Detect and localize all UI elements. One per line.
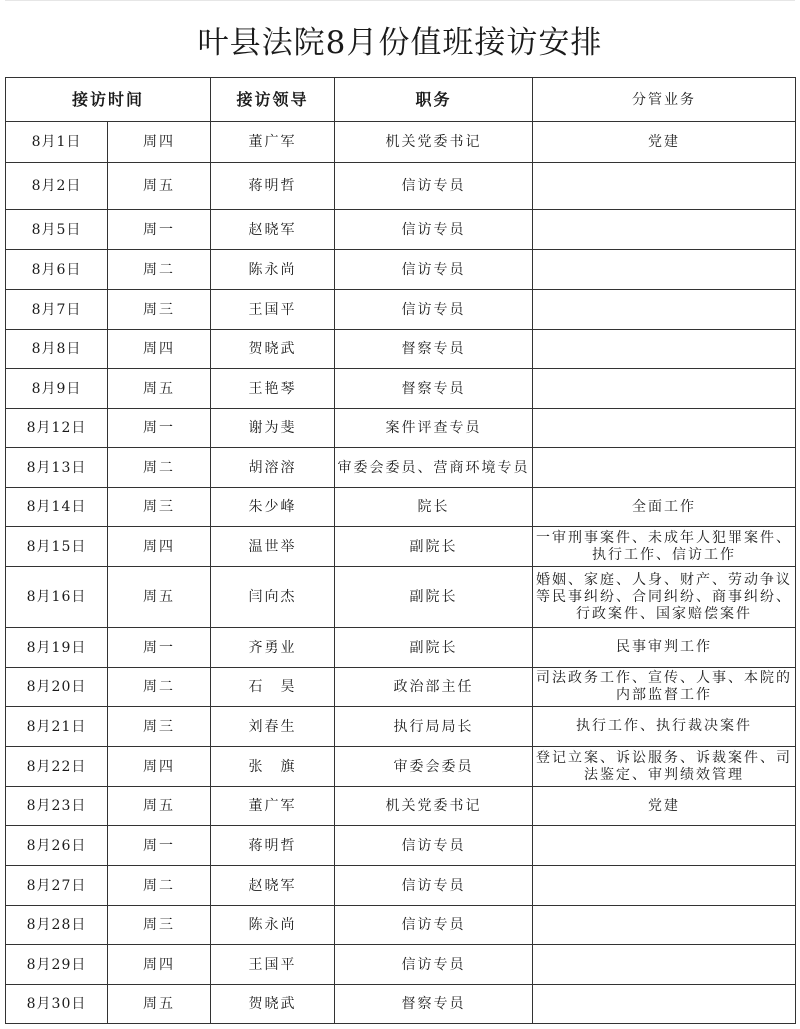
date-cell: 8月6日 (6, 250, 108, 290)
header-position: 职务 (335, 78, 533, 122)
table-row: 8月28日周三陈永尚信访专员 (6, 906, 796, 945)
weekday-cell: 周五 (108, 985, 211, 1024)
duties-cell (533, 906, 796, 945)
date-cell: 8月22日 (6, 747, 108, 787)
duties-cell: 全面工作 (533, 488, 796, 527)
duties-cell (533, 985, 796, 1024)
table-row: 8月14日周三朱少峰院长全面工作 (6, 488, 796, 527)
leader-cell: 赵晓军 (211, 210, 335, 250)
position-cell: 机关党委书记 (335, 787, 533, 826)
weekday-cell: 周一 (108, 409, 211, 448)
table-row: 8月2日周五蒋明哲信访专员 (6, 163, 796, 210)
position-cell: 信访专员 (335, 826, 533, 866)
leader-cell: 董广军 (211, 122, 335, 163)
table-row: 8月6日周二陈永尚信访专员 (6, 250, 796, 290)
position-cell: 案件评查专员 (335, 409, 533, 448)
weekday-cell: 周五 (108, 567, 211, 628)
table-row: 8月20日周二石 昊政治部主任司法政务工作、宣传、人事、本院的内部监督工作 (6, 668, 796, 707)
table-row: 8月8日周四贺晓武督察专员 (6, 330, 796, 369)
leader-cell: 石 昊 (211, 668, 335, 707)
date-cell: 8月7日 (6, 290, 108, 330)
duties-cell (533, 945, 796, 985)
leader-cell: 闫向杰 (211, 567, 335, 628)
weekday-cell: 周三 (108, 906, 211, 945)
duties-cell (533, 369, 796, 409)
weekday-cell: 周二 (108, 250, 211, 290)
table-row: 8月9日周五王艳琴督察专员 (6, 369, 796, 409)
duties-cell: 婚姻、家庭、人身、财产、劳动争议等民事纠纷、合同纠纷、商事纠纷、行政案件、国家赔… (533, 567, 796, 628)
table-row: 8月1日周四董广军机关党委书记党建 (6, 122, 796, 163)
position-cell: 信访专员 (335, 250, 533, 290)
position-cell: 信访专员 (335, 163, 533, 210)
weekday-cell: 周一 (108, 628, 211, 668)
table-row: 8月19日周一齐勇业副院长民事审判工作 (6, 628, 796, 668)
leader-cell: 赵晓军 (211, 866, 335, 906)
date-cell: 8月27日 (6, 866, 108, 906)
weekday-cell: 周一 (108, 210, 211, 250)
duties-cell: 执行工作、执行裁决案件 (533, 707, 796, 747)
duties-cell (533, 163, 796, 210)
date-cell: 8月15日 (6, 527, 108, 567)
date-cell: 8月1日 (6, 122, 108, 163)
table-row: 8月5日周一赵晓军信访专员 (6, 210, 796, 250)
header-duties: 分管业务 (533, 78, 796, 122)
position-cell: 督察专员 (335, 330, 533, 369)
weekday-cell: 周三 (108, 290, 211, 330)
date-cell: 8月16日 (6, 567, 108, 628)
leader-cell: 陈永尚 (211, 250, 335, 290)
leader-cell: 胡溶溶 (211, 448, 335, 488)
table-row: 8月27日周二赵晓军信访专员 (6, 866, 796, 906)
weekday-cell: 周四 (108, 747, 211, 787)
position-cell: 信访专员 (335, 210, 533, 250)
duties-cell (533, 290, 796, 330)
date-cell: 8月5日 (6, 210, 108, 250)
date-cell: 8月9日 (6, 369, 108, 409)
leader-cell: 贺晓武 (211, 330, 335, 369)
leader-cell: 王国平 (211, 290, 335, 330)
position-cell: 副院长 (335, 527, 533, 567)
table-row: 8月29日周四王国平信访专员 (6, 945, 796, 985)
duties-cell: 党建 (533, 122, 796, 163)
table-row: 8月16日周五闫向杰副院长婚姻、家庭、人身、财产、劳动争议等民事纠纷、合同纠纷、… (6, 567, 796, 628)
duties-cell (533, 826, 796, 866)
weekday-cell: 周三 (108, 488, 211, 527)
weekday-cell: 周二 (108, 448, 211, 488)
duties-cell (533, 866, 796, 906)
weekday-cell: 周四 (108, 945, 211, 985)
table-row: 8月15日周四温世举副院长一审刑事案件、未成年人犯罪案件、执行工作、信访工作 (6, 527, 796, 567)
date-cell: 8月26日 (6, 826, 108, 866)
position-cell: 信访专员 (335, 906, 533, 945)
duties-cell (533, 409, 796, 448)
page-title: 叶县法院8月份值班接访安排 (5, 0, 795, 77)
header-time: 接访时间 (6, 78, 211, 122)
leader-cell: 刘春生 (211, 707, 335, 747)
weekday-cell: 周三 (108, 707, 211, 747)
weekday-cell: 周五 (108, 369, 211, 409)
leader-cell: 谢为斐 (211, 409, 335, 448)
table-header-row: 接访时间 接访领导 职务 分管业务 (6, 78, 796, 122)
position-cell: 信访专员 (335, 866, 533, 906)
leader-cell: 董广军 (211, 787, 335, 826)
date-cell: 8月8日 (6, 330, 108, 369)
weekday-cell: 周四 (108, 330, 211, 369)
date-cell: 8月23日 (6, 787, 108, 826)
date-cell: 8月14日 (6, 488, 108, 527)
leader-cell: 王国平 (211, 945, 335, 985)
weekday-cell: 周二 (108, 668, 211, 707)
leader-cell: 朱少峰 (211, 488, 335, 527)
position-cell: 督察专员 (335, 369, 533, 409)
duties-cell: 一审刑事案件、未成年人犯罪案件、执行工作、信访工作 (533, 527, 796, 567)
position-cell: 执行局局长 (335, 707, 533, 747)
date-cell: 8月20日 (6, 668, 108, 707)
leader-cell: 蒋明哲 (211, 163, 335, 210)
weekday-cell: 周一 (108, 826, 211, 866)
leader-cell: 蒋明哲 (211, 826, 335, 866)
position-cell: 机关党委书记 (335, 122, 533, 163)
date-cell: 8月2日 (6, 163, 108, 210)
date-cell: 8月29日 (6, 945, 108, 985)
weekday-cell: 周四 (108, 122, 211, 163)
duties-cell: 司法政务工作、宣传、人事、本院的内部监督工作 (533, 668, 796, 707)
leader-cell: 陈永尚 (211, 906, 335, 945)
leader-cell: 温世举 (211, 527, 335, 567)
duties-cell: 民事审判工作 (533, 628, 796, 668)
table-row: 8月12日周一谢为斐案件评查专员 (6, 409, 796, 448)
table-row: 8月30日周五贺晓武督察专员 (6, 985, 796, 1024)
header-leader: 接访领导 (211, 78, 335, 122)
duties-cell (533, 250, 796, 290)
table-row: 8月13日周二胡溶溶审委会委员、营商环境专员 (6, 448, 796, 488)
duties-cell (533, 448, 796, 488)
position-cell: 院长 (335, 488, 533, 527)
schedule-table: 接访时间 接访领导 职务 分管业务 8月1日周四董广军机关党委书记党建8月2日周… (5, 77, 796, 1024)
position-cell: 信访专员 (335, 290, 533, 330)
weekday-cell: 周五 (108, 787, 211, 826)
position-cell: 副院长 (335, 567, 533, 628)
table-row: 8月22日周四张 旗审委会委员登记立案、诉讼服务、诉裁案件、司法鉴定、审判绩效管… (6, 747, 796, 787)
position-cell: 督察专员 (335, 985, 533, 1024)
leader-cell: 张 旗 (211, 747, 335, 787)
position-cell: 审委会委员、营商环境专员 (335, 448, 533, 488)
date-cell: 8月19日 (6, 628, 108, 668)
date-cell: 8月28日 (6, 906, 108, 945)
leader-cell: 齐勇业 (211, 628, 335, 668)
weekday-cell: 周五 (108, 163, 211, 210)
duties-cell (533, 330, 796, 369)
date-cell: 8月21日 (6, 707, 108, 747)
position-cell: 信访专员 (335, 945, 533, 985)
table-row: 8月23日周五董广军机关党委书记党建 (6, 787, 796, 826)
duties-cell (533, 210, 796, 250)
position-cell: 审委会委员 (335, 747, 533, 787)
position-cell: 政治部主任 (335, 668, 533, 707)
position-cell: 副院长 (335, 628, 533, 668)
leader-cell: 贺晓武 (211, 985, 335, 1024)
table-row: 8月7日周三王国平信访专员 (6, 290, 796, 330)
weekday-cell: 周二 (108, 866, 211, 906)
duties-cell: 党建 (533, 787, 796, 826)
schedule-sheet: 叶县法院8月份值班接访安排 接访时间 接访领导 职务 分管业务 8月1日周四董广… (5, 0, 795, 1024)
leader-cell: 王艳琴 (211, 369, 335, 409)
duties-cell: 登记立案、诉讼服务、诉裁案件、司法鉴定、审判绩效管理 (533, 747, 796, 787)
date-cell: 8月13日 (6, 448, 108, 488)
table-row: 8月26日周一蒋明哲信访专员 (6, 826, 796, 866)
table-row: 8月21日周三刘春生执行局局长执行工作、执行裁决案件 (6, 707, 796, 747)
weekday-cell: 周四 (108, 527, 211, 567)
date-cell: 8月12日 (6, 409, 108, 448)
date-cell: 8月30日 (6, 985, 108, 1024)
